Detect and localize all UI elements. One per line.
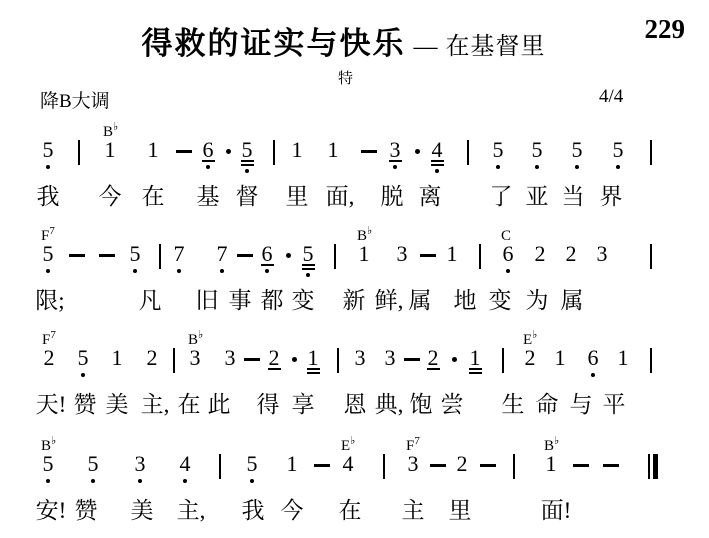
hymn-subtitle: — 在基督里 bbox=[414, 34, 546, 60]
note-digit: 5 bbox=[33, 138, 63, 162]
lyric-syllable: 恩 bbox=[344, 386, 367, 419]
note-digit: 1 bbox=[298, 346, 328, 370]
note: 3 bbox=[125, 452, 155, 483]
barline bbox=[337, 348, 339, 373]
note: 5 bbox=[603, 138, 633, 169]
lyric-syllable: 平 bbox=[603, 386, 626, 419]
lyric-syllable: 命 bbox=[536, 386, 559, 419]
note: B♭1 bbox=[95, 138, 125, 162]
low-octave-dot bbox=[575, 165, 579, 169]
lyric-syllable: 都 bbox=[261, 282, 284, 315]
note: 5 bbox=[562, 138, 592, 169]
lyric-syllable: 基 bbox=[197, 178, 220, 211]
time-signature: 4/4 bbox=[599, 86, 623, 108]
lyric-syllable: 变 bbox=[489, 282, 512, 315]
note: 1 bbox=[318, 138, 348, 162]
note-digit: 3 bbox=[375, 346, 405, 370]
note: F72 bbox=[34, 346, 64, 370]
note-digit: 2 bbox=[515, 346, 545, 370]
lyric-syllable: 得 bbox=[257, 386, 280, 419]
chord-label: B♭ bbox=[357, 224, 372, 244]
note-digit: 1 bbox=[318, 138, 348, 162]
note-digit: 2 bbox=[259, 346, 289, 370]
note-digit: 2 bbox=[137, 346, 167, 370]
duration-dash bbox=[480, 464, 496, 467]
note-digit: 1 bbox=[545, 346, 575, 370]
note-digit: 5 bbox=[522, 138, 552, 162]
lyric-syllable: 限; bbox=[35, 282, 64, 315]
duration-dash bbox=[314, 464, 330, 467]
note: 3 bbox=[345, 346, 375, 370]
note-digit: 5 bbox=[562, 138, 592, 162]
note: 5 bbox=[522, 138, 552, 169]
lyric-syllable: 天! bbox=[36, 386, 67, 419]
duration-dash bbox=[237, 254, 253, 257]
lyric-syllable: 此 bbox=[208, 386, 231, 419]
lyric-syllable: 与 bbox=[570, 386, 593, 419]
note-digit: 5 bbox=[78, 452, 108, 476]
note: F75 bbox=[33, 242, 63, 273]
lyric-syllable: 新 bbox=[343, 282, 366, 315]
music-line-2: F7557765B♭131C6223限;凡旧事都变新鲜,属地变为属 bbox=[0, 222, 709, 326]
lyric-syllable: 典, bbox=[375, 386, 404, 419]
note: 4 bbox=[422, 138, 452, 173]
final-barline bbox=[648, 454, 658, 479]
note-digit: 1 bbox=[277, 452, 307, 476]
low-octave-dot bbox=[220, 269, 224, 273]
lyric-syllable: 赞 bbox=[75, 492, 98, 525]
chord-modifier: ♭ bbox=[51, 435, 56, 447]
note: 5 bbox=[237, 452, 267, 483]
note: 5 bbox=[78, 452, 108, 483]
low-octave-dot bbox=[393, 165, 397, 169]
lyric-syllable: 在 bbox=[339, 492, 362, 525]
low-octave-dot bbox=[46, 479, 50, 483]
chord-label: B♭ bbox=[544, 434, 559, 454]
note: 5 bbox=[232, 138, 262, 173]
note-digit: 2 bbox=[525, 242, 555, 266]
duration-dash bbox=[176, 150, 192, 153]
augmentation-dot bbox=[452, 357, 457, 362]
note-digit: 1 bbox=[437, 242, 467, 266]
chord-label: F7 bbox=[406, 434, 420, 454]
note-digit: 6 bbox=[193, 138, 223, 162]
lyric-syllable: 属 bbox=[561, 282, 584, 315]
note-digit: 5 bbox=[483, 138, 513, 162]
lyric-syllable: 督 bbox=[236, 178, 259, 211]
note: 1 bbox=[277, 452, 307, 476]
note: 5 bbox=[68, 346, 98, 377]
lyric-syllable: 在 bbox=[142, 178, 165, 211]
low-octave-dot bbox=[250, 479, 254, 483]
note-digit: 6 bbox=[578, 346, 608, 370]
low-octave-dot bbox=[206, 165, 210, 169]
note-digit: 2 bbox=[34, 346, 64, 370]
barline bbox=[273, 140, 275, 165]
chord-modifier: ♭ bbox=[113, 121, 118, 133]
lyric-syllable: 了 bbox=[490, 178, 513, 211]
low-octave-dot bbox=[535, 165, 539, 169]
note-digit: 4 bbox=[170, 452, 200, 476]
duration-dash bbox=[361, 150, 377, 153]
lyric-syllable: 今 bbox=[99, 178, 122, 211]
augmentation-dot bbox=[226, 149, 231, 154]
lyric-syllable: 当 bbox=[562, 178, 585, 211]
note-digit: 5 bbox=[293, 242, 323, 266]
lyric-syllable: 在 bbox=[178, 386, 201, 419]
note-digit: 2 bbox=[447, 452, 477, 476]
note: B♭1 bbox=[536, 452, 566, 476]
lyric-syllable: 鲜, bbox=[375, 282, 404, 315]
lyric-syllable: 脱 bbox=[381, 178, 404, 211]
note: 1 bbox=[460, 346, 490, 374]
note-digit: 2 bbox=[556, 242, 586, 266]
music-line-3: F72512B♭33213321E♭2161天!赞美主,在此得享恩典,饱尝生命与… bbox=[0, 326, 709, 430]
lyric-syllable: 我 bbox=[37, 178, 60, 211]
lyric-syllable: 里 bbox=[449, 492, 472, 525]
key-signature: 降B大调 bbox=[40, 86, 110, 113]
low-octave-dot bbox=[177, 269, 181, 273]
lyric-syllable: 安! bbox=[36, 492, 67, 525]
hymn-title: 得救的证实与快乐 bbox=[142, 26, 406, 61]
chord-modifier: ♭ bbox=[198, 329, 203, 341]
note-digit: 3 bbox=[180, 346, 210, 370]
note-underline bbox=[431, 164, 444, 166]
chord-modifier: ♭ bbox=[350, 435, 355, 447]
note-digit: 4 bbox=[333, 452, 363, 476]
note-digit: 5 bbox=[33, 452, 63, 476]
lyric-syllable: 赞 bbox=[74, 386, 97, 419]
low-octave-dot bbox=[91, 479, 95, 483]
music-line-4: B♭553451E♭4F732B♭1安!赞美主,我今在主里面! bbox=[0, 432, 709, 536]
duration-dash bbox=[573, 464, 589, 467]
duration-dash bbox=[420, 254, 436, 257]
note: 7 bbox=[164, 242, 194, 273]
augmentation-dot bbox=[415, 149, 420, 154]
final-barline-thin bbox=[648, 454, 650, 479]
note: 2 bbox=[137, 346, 167, 370]
note-digit: 1 bbox=[460, 346, 490, 370]
chord-label: E♭ bbox=[523, 328, 537, 348]
lyric-syllable: 属 bbox=[409, 282, 432, 315]
note: C6 bbox=[493, 242, 523, 273]
note-digit: 7 bbox=[164, 242, 194, 266]
low-octave-dot bbox=[245, 169, 249, 173]
chord-modifier: 7 bbox=[50, 329, 56, 341]
note-underline bbox=[469, 372, 482, 374]
note-digit: 3 bbox=[398, 452, 428, 476]
chord-label: B♭ bbox=[41, 434, 56, 454]
note: B♭1 bbox=[349, 242, 379, 266]
lyric-syllable: 尝 bbox=[441, 386, 464, 419]
barline bbox=[650, 140, 652, 165]
note: 2 bbox=[525, 242, 555, 266]
low-octave-dot bbox=[183, 479, 187, 483]
note-underline bbox=[241, 164, 254, 166]
duration-dash bbox=[69, 254, 85, 257]
low-octave-dot bbox=[306, 273, 310, 277]
note: 1 bbox=[437, 242, 467, 266]
note-digit: 5 bbox=[68, 346, 98, 370]
note-digit: 1 bbox=[138, 138, 168, 162]
note: 5 bbox=[293, 242, 323, 277]
note-digit: 3 bbox=[380, 138, 410, 162]
note: 3 bbox=[375, 346, 405, 370]
low-octave-dot bbox=[133, 269, 137, 273]
note: 1 bbox=[545, 346, 575, 370]
barline bbox=[650, 348, 652, 373]
low-octave-dot bbox=[46, 165, 50, 169]
barline bbox=[159, 244, 161, 269]
note-digit: 6 bbox=[252, 242, 282, 266]
note-digit: 3 bbox=[215, 346, 245, 370]
barline bbox=[467, 140, 469, 165]
chord-label: C bbox=[501, 229, 511, 244]
duration-dash bbox=[430, 464, 446, 467]
low-octave-dot bbox=[138, 479, 142, 483]
lyric-syllable: 饱 bbox=[410, 386, 433, 419]
chord-modifier: ♭ bbox=[554, 435, 559, 447]
augmentation-dot bbox=[292, 357, 297, 362]
barline bbox=[383, 454, 385, 479]
note-underline bbox=[302, 268, 315, 270]
low-octave-dot bbox=[616, 165, 620, 169]
low-octave-dot bbox=[506, 269, 510, 273]
duration-dash bbox=[244, 358, 260, 361]
note-digit: 1 bbox=[95, 138, 125, 162]
low-octave-dot bbox=[435, 169, 439, 173]
barline bbox=[502, 348, 504, 373]
lyric-syllable: 为 bbox=[526, 282, 549, 315]
note-digit: 5 bbox=[232, 138, 262, 162]
music-line-1: 5B♭116511345555我今在基督里面,脱离了亚当界 bbox=[0, 118, 709, 222]
lyric-syllable: 旧 bbox=[196, 282, 219, 315]
note-digit: 5 bbox=[120, 242, 150, 266]
lyric-syllable: 美 bbox=[131, 492, 154, 525]
note-digit: 4 bbox=[422, 138, 452, 162]
note: 3 bbox=[587, 242, 617, 266]
lyric-syllable: 美 bbox=[106, 386, 129, 419]
note: 1 bbox=[138, 138, 168, 162]
note: 5 bbox=[483, 138, 513, 169]
note: 6 bbox=[252, 242, 282, 273]
duration-dash bbox=[99, 254, 115, 257]
note-digit: 1 bbox=[102, 346, 132, 370]
note: 1 bbox=[298, 346, 328, 374]
note: 6 bbox=[193, 138, 223, 169]
note-digit: 3 bbox=[587, 242, 617, 266]
note: B♭5 bbox=[33, 452, 63, 483]
note-digit: 3 bbox=[345, 346, 375, 370]
note-underline bbox=[307, 372, 320, 374]
lyric-syllable: 亚 bbox=[526, 178, 549, 211]
barline bbox=[479, 244, 481, 269]
note: 3 bbox=[215, 346, 245, 370]
note: 1 bbox=[102, 346, 132, 370]
lyric-syllable: 主 bbox=[402, 492, 425, 525]
augmentation-dot bbox=[286, 253, 291, 258]
note: 6 bbox=[578, 346, 608, 377]
note-digit: 1 bbox=[608, 346, 638, 370]
low-octave-dot bbox=[265, 269, 269, 273]
low-octave-dot bbox=[591, 373, 595, 377]
lyric-syllable: 生 bbox=[502, 386, 525, 419]
lyric-syllable: 面! bbox=[541, 492, 572, 525]
low-octave-dot bbox=[81, 373, 85, 377]
chord-modifier: ♭ bbox=[532, 329, 537, 341]
lyric-syllable: 变 bbox=[292, 282, 315, 315]
note-digit: 5 bbox=[33, 242, 63, 266]
note: 2 bbox=[259, 346, 289, 370]
chord-label: E♭ bbox=[341, 434, 355, 454]
lyric-syllable: 离 bbox=[419, 178, 442, 211]
lyric-syllable: 事 bbox=[229, 282, 252, 315]
chord-modifier: 7 bbox=[49, 225, 55, 237]
note: 2 bbox=[447, 452, 477, 476]
lyric-syllable: 地 bbox=[454, 282, 477, 315]
final-barline-thick bbox=[653, 454, 658, 479]
low-octave-dot bbox=[496, 165, 500, 169]
note: 4 bbox=[170, 452, 200, 483]
lyric-syllable: 里 bbox=[286, 178, 309, 211]
barline bbox=[173, 348, 175, 373]
note-digit: 6 bbox=[493, 242, 523, 266]
chord-label: B♭ bbox=[188, 328, 203, 348]
note: 3 bbox=[380, 138, 410, 169]
note: 7 bbox=[207, 242, 237, 273]
lyric-syllable: 界 bbox=[600, 178, 623, 211]
lyric-syllable: 享 bbox=[292, 386, 315, 419]
lyric-syllable: 面, bbox=[326, 178, 355, 211]
lyric-syllable: 我 bbox=[242, 492, 265, 525]
lyric-syllable: 凡 bbox=[139, 282, 162, 315]
note: E♭4 bbox=[333, 452, 363, 476]
note: 1 bbox=[282, 138, 312, 162]
page-number: 229 bbox=[645, 14, 686, 45]
low-octave-dot bbox=[46, 269, 50, 273]
barline bbox=[650, 244, 652, 269]
note: E♭2 bbox=[515, 346, 545, 370]
chord-label: B♭ bbox=[103, 120, 118, 140]
note-digit: 2 bbox=[418, 346, 448, 370]
sheet-music-page: 得救的证实与快乐— 在基督里 229 特 降B大调 4/4 5B♭1165113… bbox=[0, 0, 709, 538]
barline bbox=[219, 454, 221, 479]
barline bbox=[334, 244, 336, 269]
note: 1 bbox=[608, 346, 638, 370]
note: 2 bbox=[418, 346, 448, 370]
note: B♭3 bbox=[180, 346, 210, 370]
title-row: 得救的证实与快乐— 在基督里 bbox=[0, 18, 709, 63]
chord-label: F7 bbox=[41, 224, 55, 244]
note: 5 bbox=[120, 242, 150, 273]
barline bbox=[513, 454, 515, 479]
note: 2 bbox=[556, 242, 586, 266]
chord-modifier: 7 bbox=[414, 435, 420, 447]
note-digit: 1 bbox=[282, 138, 312, 162]
lyric-syllable: 主, bbox=[141, 386, 170, 419]
note-digit: 3 bbox=[125, 452, 155, 476]
note: F73 bbox=[398, 452, 428, 476]
note-digit: 5 bbox=[603, 138, 633, 162]
note: 5 bbox=[33, 138, 63, 169]
chord-modifier: ♭ bbox=[367, 225, 372, 237]
note-digit: 1 bbox=[536, 452, 566, 476]
chord-label: F7 bbox=[42, 328, 56, 348]
note-digit: 5 bbox=[237, 452, 267, 476]
lyric-syllable: 今 bbox=[281, 492, 304, 525]
note: 3 bbox=[387, 242, 417, 266]
tune-mark: 特 bbox=[0, 67, 709, 88]
note-digit: 1 bbox=[349, 242, 379, 266]
lyric-syllable: 主, bbox=[177, 492, 206, 525]
barline bbox=[78, 140, 80, 165]
note-digit: 7 bbox=[207, 242, 237, 266]
duration-dash bbox=[603, 464, 619, 467]
note-digit: 3 bbox=[387, 242, 417, 266]
